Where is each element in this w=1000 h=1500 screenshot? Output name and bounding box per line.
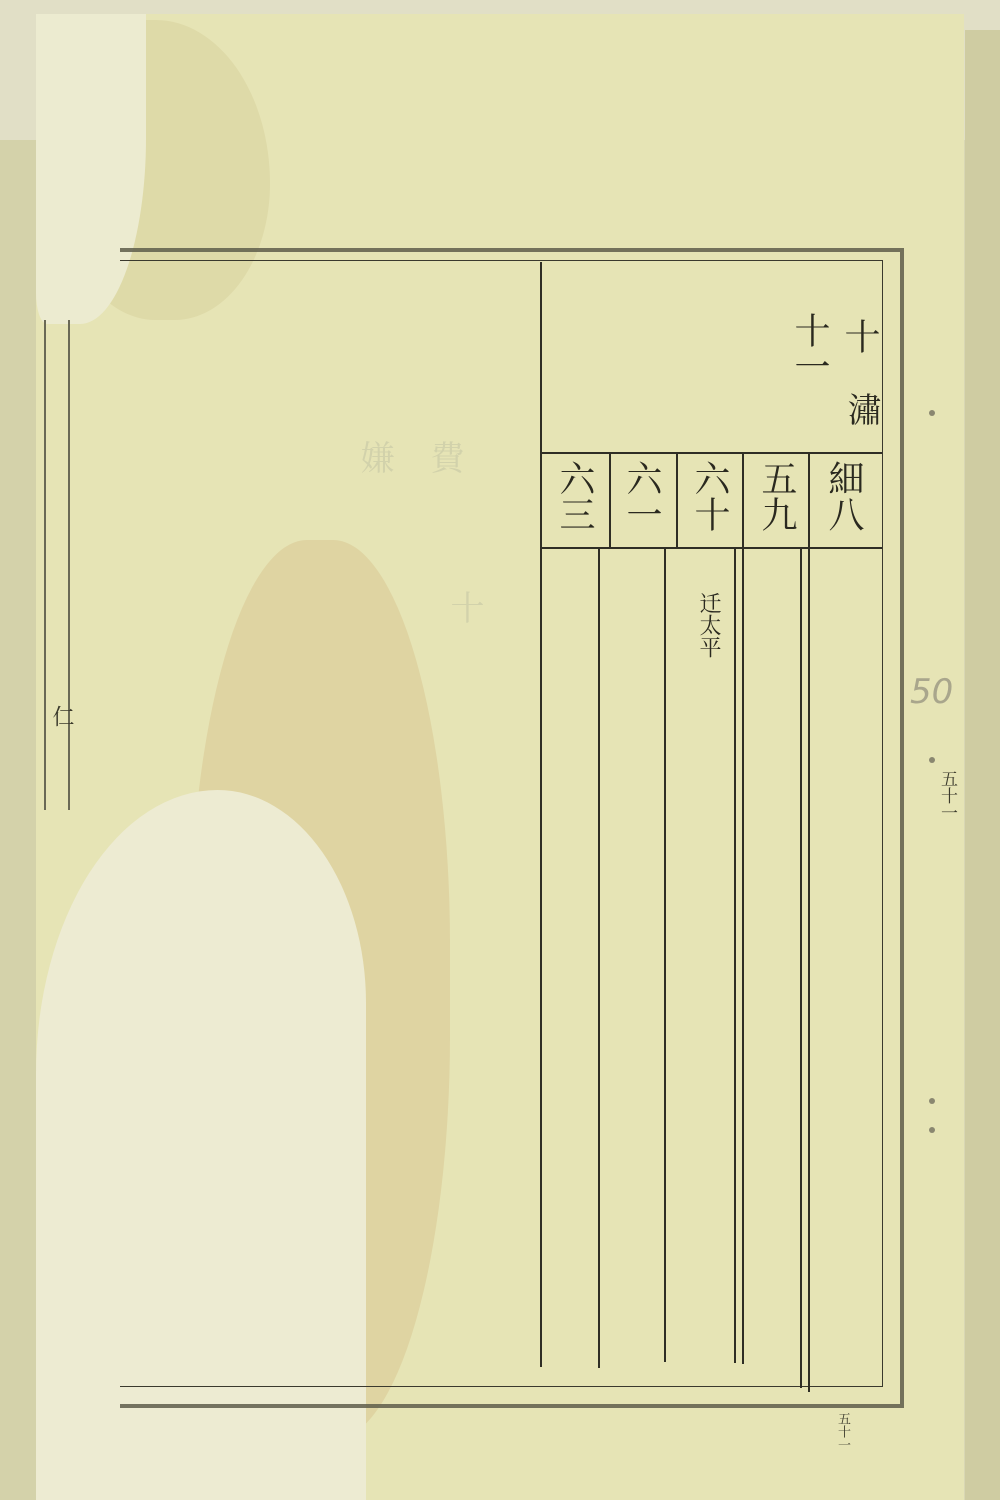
column-divider (598, 548, 600, 1368)
header-row-top-rule (540, 452, 882, 454)
margin-dot (929, 1127, 935, 1133)
ancestor-name: 潚 (840, 392, 882, 426)
column-divider (540, 262, 542, 1367)
column-divider (800, 548, 802, 1388)
header-cell: 細八 (822, 460, 864, 532)
margin-dot (929, 1098, 935, 1104)
scan-background-left (0, 140, 40, 1500)
generation-number: 十 (838, 318, 880, 354)
margin-dot (929, 757, 935, 763)
left-fragment-text: 仁 (46, 705, 77, 727)
header-cell: 六一 (620, 460, 662, 532)
migration-note: 迁太平 (696, 592, 720, 658)
margin-dot (929, 410, 935, 416)
scan-background-right (965, 30, 1000, 1500)
column-divider (734, 548, 736, 1363)
generation-number: 十一 (788, 312, 830, 384)
header-cell: 六三 (553, 460, 595, 532)
column-divider (676, 452, 678, 548)
column-divider (808, 452, 810, 1392)
header-cell: 六十 (688, 460, 730, 532)
pencil-page-number: 50 (910, 672, 953, 712)
page-frame-inner (120, 260, 883, 1387)
header-row-bottom-rule (540, 547, 882, 549)
left-page-frame-fragment (44, 320, 70, 810)
column-divider (664, 548, 666, 1362)
column-divider (742, 452, 744, 1364)
handwritten-folio-number: 五十一 (836, 1412, 849, 1451)
column-divider (609, 452, 611, 548)
header-cell: 五九 (755, 460, 797, 532)
handwritten-page-number: 五十一 (938, 770, 955, 821)
